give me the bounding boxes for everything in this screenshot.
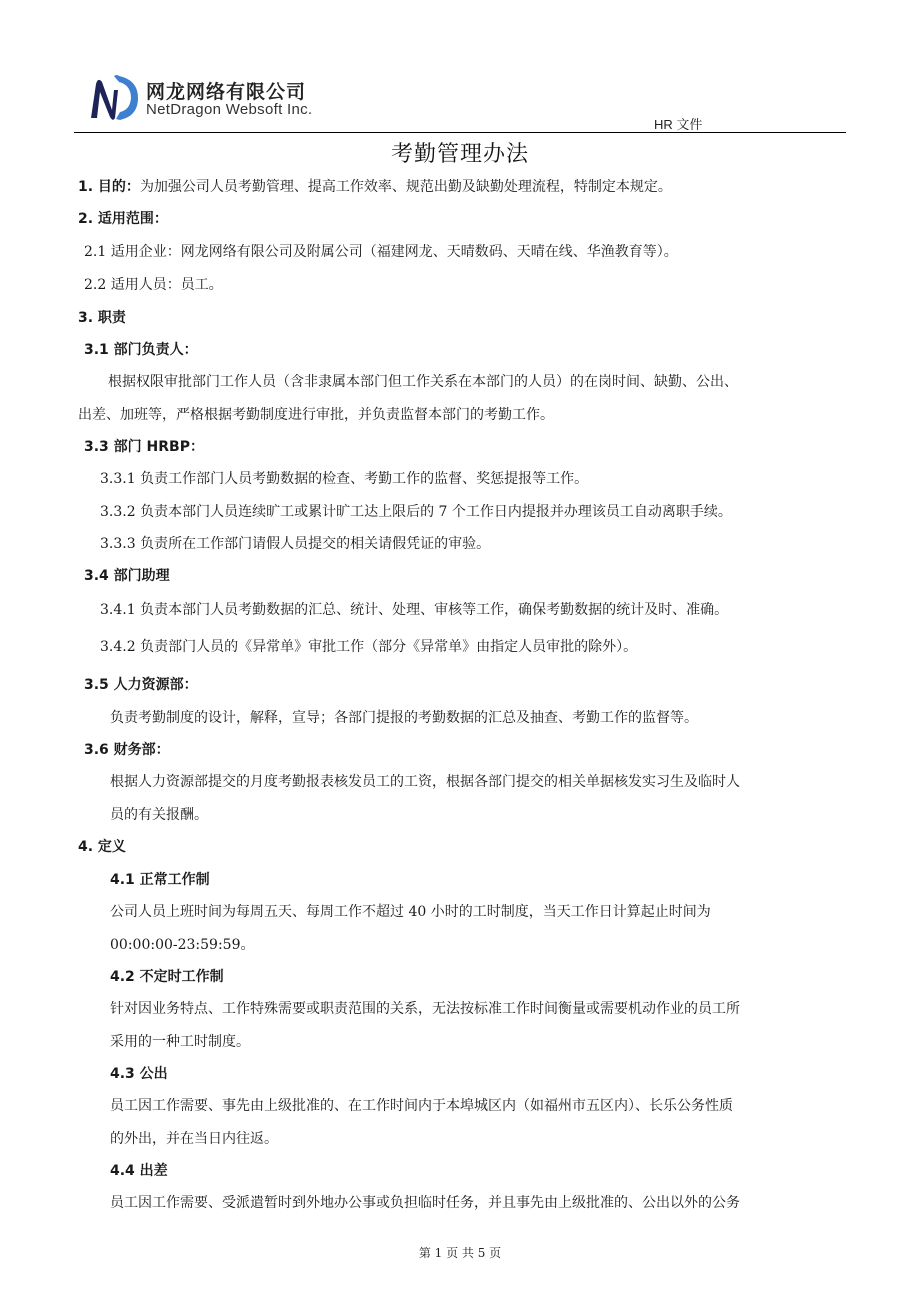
paragraph-4-1-line1: 公司人员上班时间为每周五天、每周工作不超过 40 小时的工时制度，当天工作日计算… — [110, 903, 711, 921]
section-heading-duties: 3. 职责 — [78, 309, 126, 327]
paragraph-4-3-line1: 员工因工作需要、事先由上级批准的、在工作时间内于本埠城区内（如福州市五区内）、长… — [110, 1097, 733, 1115]
paragraph-3-6-line2: 员的有关报酬。 — [110, 806, 208, 824]
paragraph-3-1-line2: 出差、加班等，严格根据考勤制度进行审批，并负责监督本部门的考勤工作。 — [78, 406, 554, 424]
paragraph-4-2-line1: 针对因业务特点、工作特殊需要或职责范围的关系，无法按标准工作时间衡量或需要机动作… — [110, 1000, 740, 1018]
paragraph-4-4-line1: 员工因工作需要、受派遣暂时到外地办公事或负担临时任务，并且事先由上级批准的、公出… — [110, 1194, 740, 1212]
subheading-3-4: 3.4 部门助理 — [84, 567, 170, 585]
paragraph-2-1: 2.1 适用企业：网龙网络有限公司及附属公司（福建网龙、天晴数码、天晴在线、华渔… — [84, 243, 678, 261]
paragraph-3-5: 负责考勤制度的设计，解释，宣导；各部门提报的考勤数据的汇总及抽查、考勤工作的监督… — [110, 709, 698, 727]
company-name-cn: 网龙网络有限公司 — [146, 77, 306, 104]
subheading-4-3: 4.3 公出 — [110, 1065, 168, 1083]
section-heading: 1. 目的： — [78, 179, 140, 195]
netdragon-logo-icon — [88, 72, 140, 122]
subheading-4-2: 4.2 不定时工作制 — [110, 968, 224, 986]
paragraph-3-1-line1: 根据权限审批部门工作人员（含非隶属本部门但工作关系在本部门的人员）的在岗时间、缺… — [108, 373, 738, 391]
item-3-3-2: 3.3.2 负责本部门人员连续旷工或累计旷工达上限后的 7 个工作日内提报并办理… — [100, 503, 732, 521]
section-text: 为加强公司人员考勤管理、提高工作效率、规范出勤及缺勤处理流程，特制定本规定。 — [140, 179, 672, 195]
subheading-4-4: 4.4 出差 — [110, 1162, 168, 1180]
section-heading-scope: 2. 适用范围： — [78, 210, 168, 228]
paragraph-4-1-line2: 00:00:00-23:59:59。 — [110, 936, 254, 954]
company-name-en: NetDragon Websoft Inc. — [146, 101, 312, 118]
item-3-4-1: 3.4.1 负责本部门人员考勤数据的汇总、统计、处理、审核等工作，确保考勤数据的… — [100, 601, 728, 619]
paragraph-4-2-line2: 采用的一种工时制度。 — [110, 1033, 250, 1051]
document-title: 考勤管理办法 — [0, 137, 920, 168]
item-3-3-1: 3.3.1 负责工作部门人员考勤数据的检查、考勤工作的监督、奖惩提报等工作。 — [100, 470, 588, 488]
subheading-3-5: 3.5 人力资源部： — [84, 676, 198, 694]
page-number: 第 1 页 共 5 页 — [0, 1244, 920, 1261]
subheading-3-6: 3.6 财务部： — [84, 741, 170, 759]
section-heading-definitions: 4. 定义 — [78, 838, 126, 856]
section-purpose: 1. 目的：为加强公司人员考勤管理、提高工作效率、规范出勤及缺勤处理流程，特制定… — [78, 178, 672, 196]
subheading-3-3: 3.3 部门 HRBP： — [84, 438, 204, 456]
paragraph-3-6-line1: 根据人力资源部提交的月度考勤报表核发员工的工资，根据各部门提交的相关单据核发实习… — [110, 773, 740, 791]
subheading-4-1: 4.1 正常工作制 — [110, 871, 210, 889]
paragraph-2-2: 2.2 适用人员：员工。 — [84, 276, 223, 294]
paragraph-4-3-line2: 的外出，并在当日内往返。 — [110, 1130, 278, 1148]
document-type-label: HR 文件 — [654, 114, 702, 133]
item-3-4-2: 3.4.2 负责部门人员的《异常单》审批工作（部分《异常单》由指定人员审批的除外… — [100, 638, 637, 656]
subheading-3-1: 3.1 部门负责人： — [84, 341, 198, 359]
item-3-3-3: 3.3.3 负责所在工作部门请假人员提交的相关请假凭证的审验。 — [100, 535, 490, 553]
header-divider — [74, 132, 846, 133]
